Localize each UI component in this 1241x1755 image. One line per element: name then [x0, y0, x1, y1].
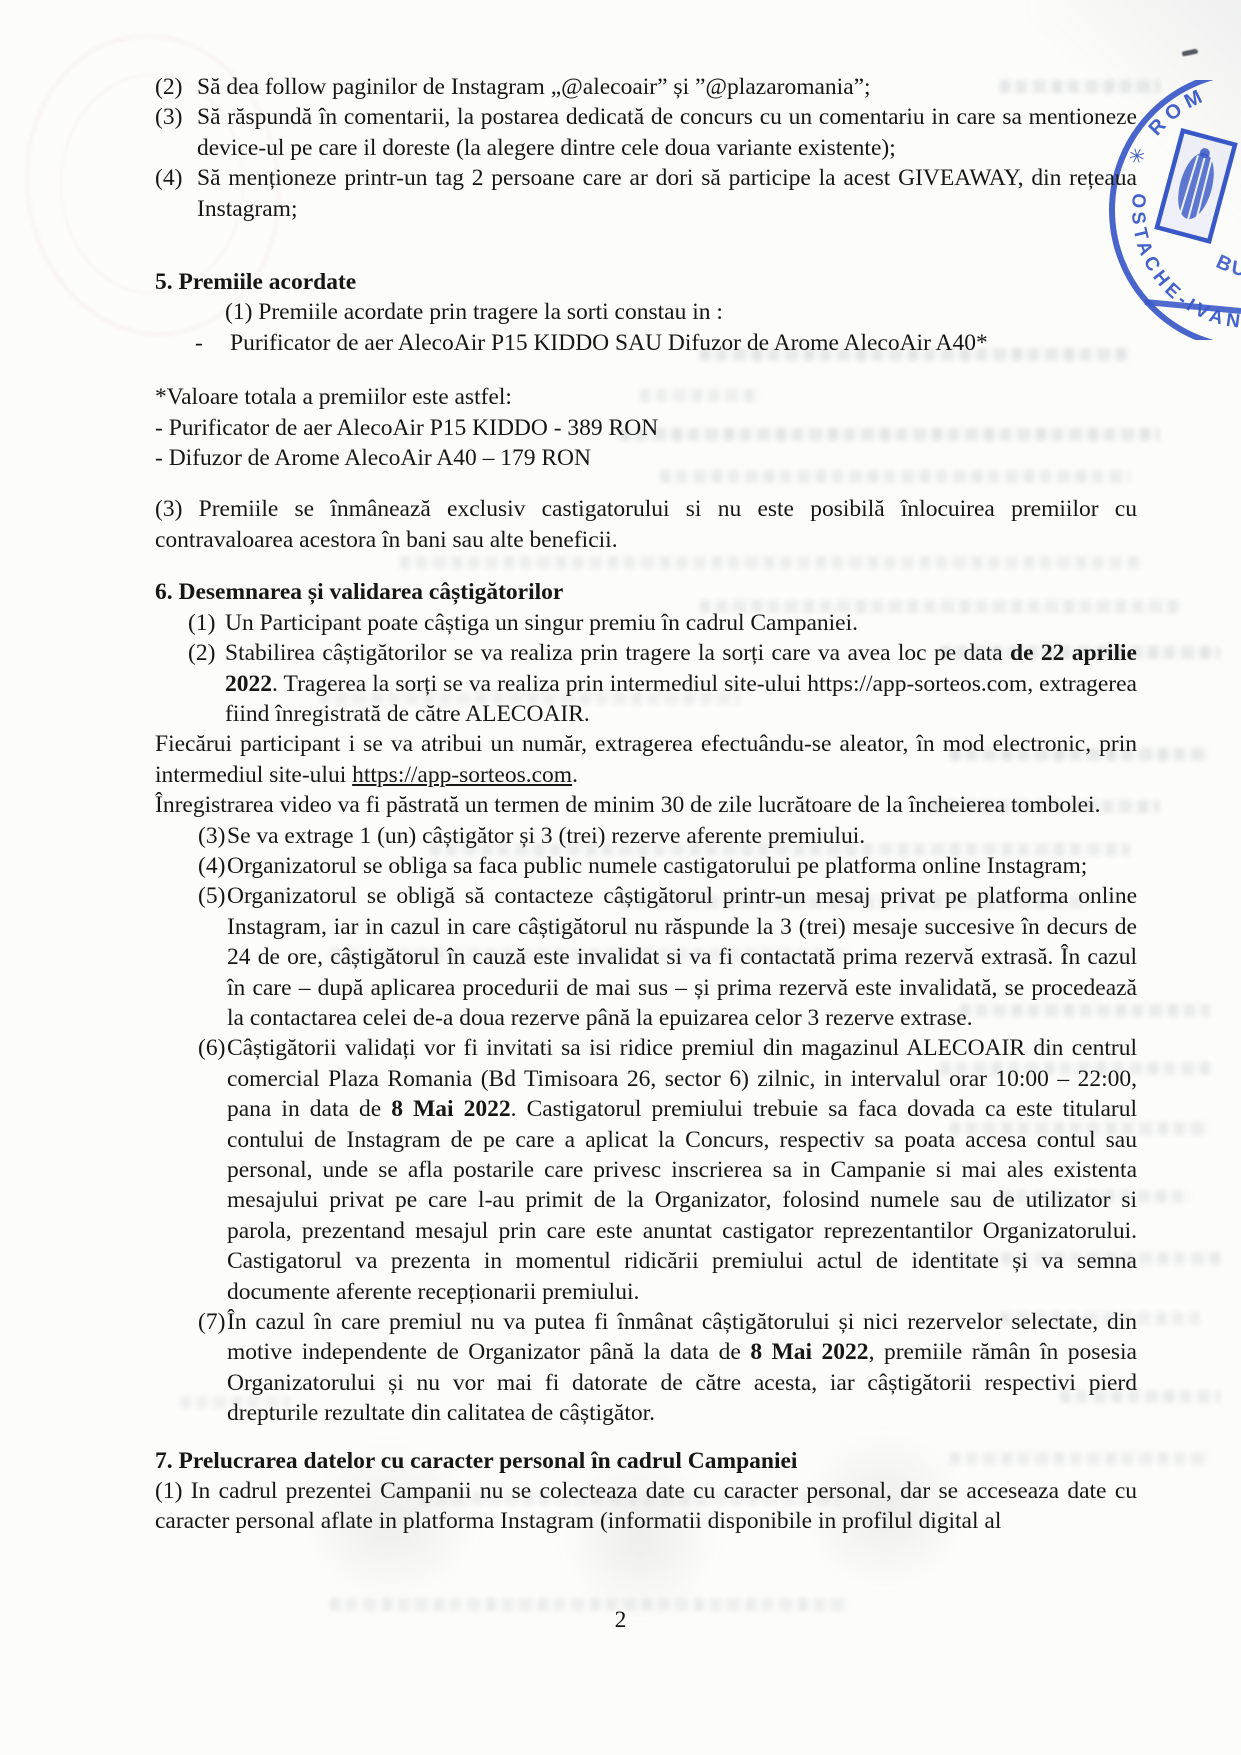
- section-5-item-3: (3) Premiile se înmânează exclusiv casti…: [155, 494, 1137, 555]
- section-6-item-1: (1)Un Participant poate câștiga un singu…: [155, 608, 1137, 638]
- list-item-text: . Tragerea la sorți se va realiza prin i…: [225, 671, 1137, 727]
- pen-mark-artifact: [1182, 48, 1199, 56]
- list-item-4: (4)Să menționeze printr-un tag 2 persoan…: [155, 163, 1137, 224]
- section-5-heading: 5. Premiile acordate: [155, 267, 1137, 297]
- section-6-item-2: (2)Stabilirea câștigătorilor se va reali…: [155, 638, 1137, 729]
- document-page: ✳ ROM OSTACHE-IVANOV BUCU (2)Să dea foll…: [0, 0, 1241, 1755]
- prize-value-line-2: - Difuzor de Arome AlecoAir A40 – 179 RO…: [155, 443, 1137, 473]
- section-5-item-1: (1) Premiile acordate prin tragere la so…: [155, 297, 1137, 327]
- list-item-number: (7): [198, 1307, 227, 1337]
- page-number: 2: [0, 1605, 1241, 1635]
- list-item-3: (3)Să răspundă în comentarii, la postare…: [155, 102, 1137, 163]
- svg-text:BUCU: BUCU: [1213, 251, 1241, 282]
- list-item-text: Se va extrage 1 (un) câștigător și 3 (tr…: [227, 823, 865, 849]
- bullet-dash: -: [195, 328, 203, 358]
- list-item-text: Să răspundă în comentarii, la postarea d…: [197, 104, 1137, 160]
- deadline-date-bold: 8 Mai 2022: [750, 1339, 868, 1365]
- list-item-number: (3): [155, 102, 197, 132]
- list-item-text: Organizatorul se obliga sa faca public n…: [227, 853, 1087, 879]
- list-item-number: (3): [198, 821, 227, 851]
- section-6-item-7: (7)În cazul în care premiul nu va putea …: [155, 1307, 1137, 1429]
- document-body: (2)Să dea follow paginilor de Instagram …: [155, 72, 1137, 1537]
- list-item-text: Să menționeze printr-un tag 2 persoane c…: [197, 165, 1137, 221]
- paragraph-draw-number: Fiecărui participant i se va atribui un …: [155, 729, 1137, 790]
- list-item-number: (6): [198, 1033, 227, 1063]
- sorteos-link: https://app-sorteos.com: [352, 762, 572, 788]
- stamp-city-text: BUCU: [1213, 251, 1241, 282]
- bullet-text: Purificator de aer AlecoAir P15 KIDDO SA…: [230, 330, 988, 356]
- section-7-heading: 7. Prelucrarea datelor cu caracter perso…: [155, 1446, 1137, 1476]
- deadline-date-bold: 8 Mai 2022: [391, 1096, 510, 1122]
- paragraph-text: .: [572, 762, 578, 788]
- list-item-number: (2): [188, 638, 225, 668]
- list-item-text: Organizatorul se obligă să contacteze câ…: [227, 883, 1137, 1031]
- section-7-paragraph-1: (1) In cadrul prezentei Campanii nu se c…: [155, 1476, 1137, 1537]
- list-item-number: (1): [188, 608, 225, 638]
- section-6-heading: 6. Desemnarea și validarea câștigătorilo…: [155, 577, 1137, 607]
- section-6-item-5: (5)Organizatorul se obligă să contacteze…: [155, 881, 1137, 1033]
- prize-value-note: *Valoare totala a premiilor este astfel:: [155, 382, 1137, 412]
- list-item-text: Un Participant poate câștiga un singur p…: [225, 610, 858, 636]
- list-item-number: (4): [198, 851, 227, 881]
- list-item-text: . Castigatorul premiului trebuie sa faca…: [227, 1096, 1137, 1304]
- section-6-item-6: (6)Câștigătorii validați vor fi invitati…: [155, 1033, 1137, 1307]
- paragraph-video-retention: Înregistrarea video va fi păstrată un te…: [155, 790, 1137, 820]
- list-item-text: Stabilirea câștigătorilor se va realiza …: [225, 640, 1010, 666]
- prize-value-line-1: - Purificator de aer AlecoAir P15 KIDDO …: [155, 413, 1137, 443]
- list-item-number: (5): [198, 881, 227, 911]
- list-item-2: (2)Să dea follow paginilor de Instagram …: [155, 72, 1137, 102]
- paragraph-text: Fiecărui participant i se va atribui un …: [155, 731, 1137, 787]
- list-item-number: (4): [155, 163, 197, 193]
- stamp-emblem: [1157, 131, 1235, 242]
- list-item-number: (2): [155, 72, 197, 102]
- section-5-prize-bullet: -Purificator de aer AlecoAir P15 KIDDO S…: [155, 328, 1137, 358]
- list-item-text: Să dea follow paginilor de Instagram „@a…: [197, 74, 871, 100]
- section-6-item-3: (3)Se va extrage 1 (un) câștigător și 3 …: [155, 821, 1137, 851]
- section-6-item-4: (4)Organizatorul se obliga sa faca publi…: [155, 851, 1137, 881]
